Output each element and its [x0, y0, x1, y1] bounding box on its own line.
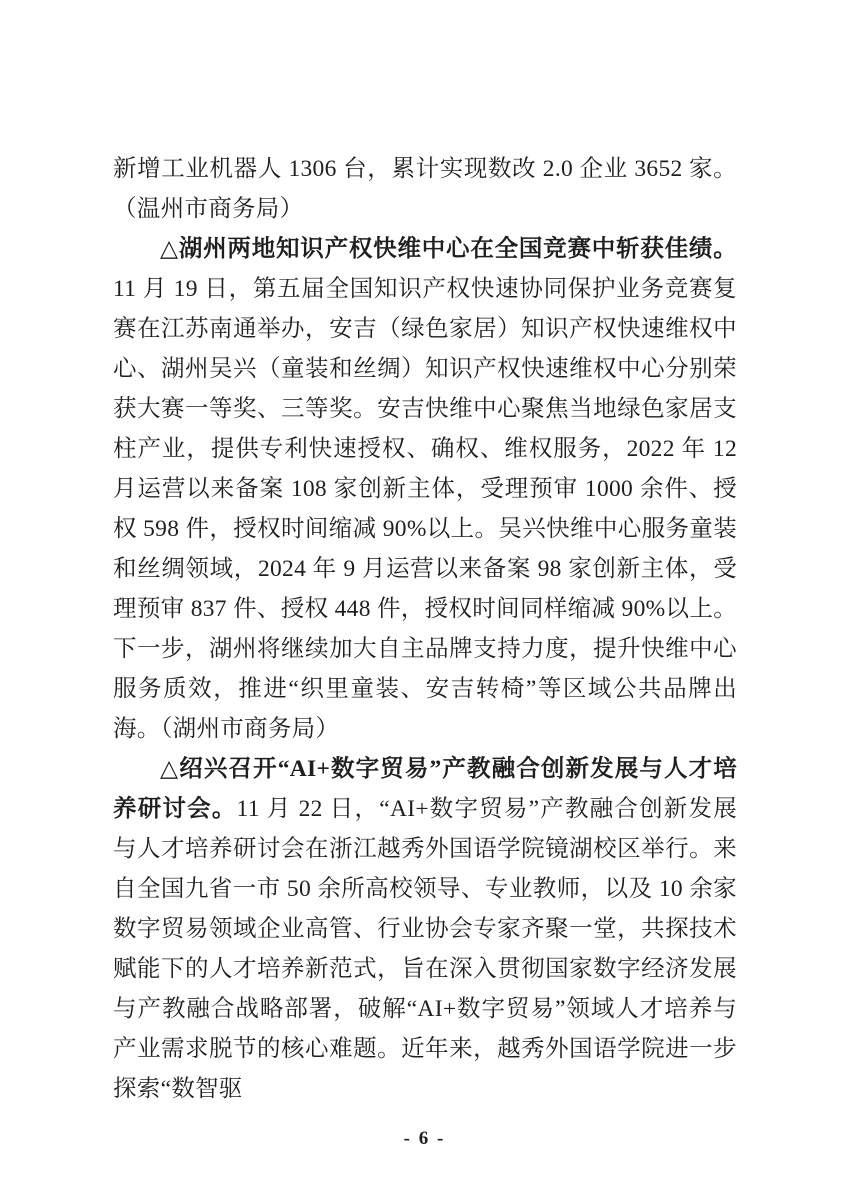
- document-body: 新增工业机器人 1306 台，累计实现数改 2.0 企业 3652 家。（温州市…: [113, 149, 737, 1109]
- page-number: - 6 -: [404, 1128, 446, 1149]
- paragraph-continuation: 新增工业机器人 1306 台，累计实现数改 2.0 企业 3652 家。（温州市…: [113, 149, 737, 229]
- paragraph-shaoxing-ai-trade: △绍兴召开“AI+数字贸易”产教融合创新发展与人才培养研讨会。11 月 22 日…: [113, 749, 737, 1109]
- paragraph-heading: △湖州两地知识产权快维中心在全国竞赛中斩获佳绩。: [160, 236, 737, 262]
- paragraph-text: 11 月 19 日，第五届全国知识产权快速协同保护业务竞赛复赛在江苏南通举办，安…: [113, 276, 737, 742]
- paragraph-huzhou-ip-centers: △湖州两地知识产权快维中心在全国竞赛中斩获佳绩。11 月 19 日，第五届全国知…: [113, 229, 737, 749]
- paragraph-text: 11 月 22 日，“AI+数字贸易”产教融合创新发展与人才培养研讨会在浙江越秀…: [113, 796, 737, 1102]
- page-footer: - 6 -: [0, 1128, 849, 1150]
- document-page: 新增工业机器人 1306 台，累计实现数改 2.0 企业 3652 家。（温州市…: [0, 0, 849, 1200]
- paragraph-text: 新增工业机器人 1306 台，累计实现数改 2.0 企业 3652 家。（温州市…: [113, 156, 737, 222]
